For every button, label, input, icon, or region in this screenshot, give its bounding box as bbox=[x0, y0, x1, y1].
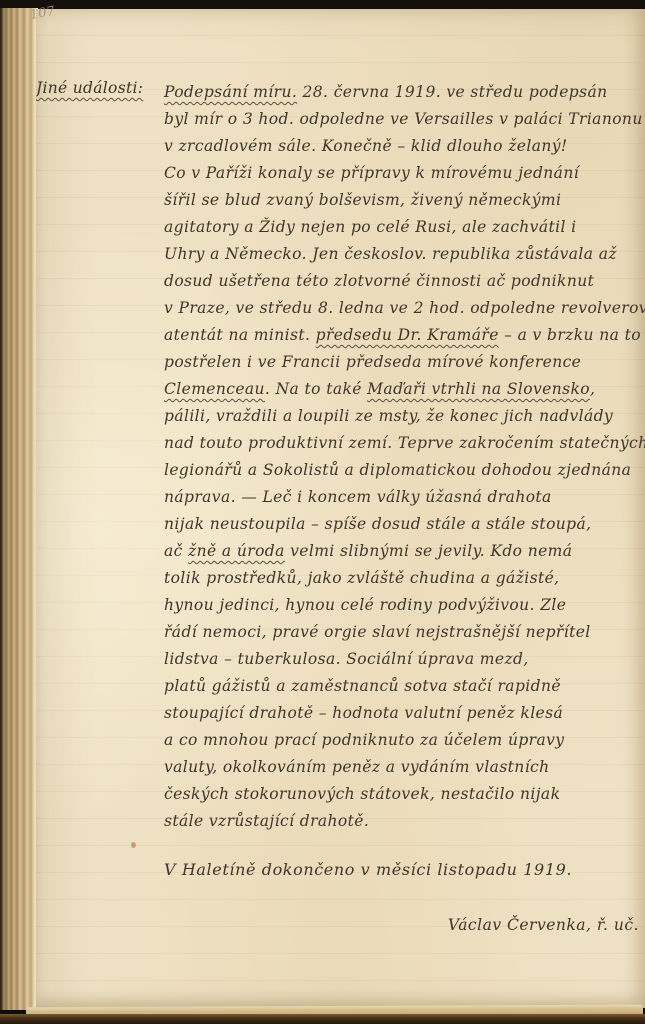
handwritten-line: Uhry a Německo. Jen českoslov. republika… bbox=[164, 241, 645, 268]
handwritten-line: dosud ušetřena této zlotvorné činnosti a… bbox=[164, 268, 645, 295]
handwritten-line: Clemenceau. Na to také Maďaři vtrhli na … bbox=[164, 376, 645, 403]
underlined-phrase: Podepsání míru. bbox=[164, 83, 297, 101]
handwritten-line: pálili, vraždili a loupili ze msty, že k… bbox=[164, 403, 645, 430]
handwritten-line: stoupající drahotě – hodnota valutní pen… bbox=[164, 700, 645, 727]
book-page-scan: Jiné události: Podepsání míru. 28. červn… bbox=[0, 0, 645, 1024]
book-binding-page-edges bbox=[0, 8, 38, 1010]
handwritten-line: nijak neustoupila – spíše dosud stále a … bbox=[164, 511, 645, 538]
handwritten-line: v zrcadlovém sále. Konečně – klid dlouho… bbox=[164, 133, 645, 160]
chronicle-page: Jiné události: Podepsání míru. 28. červn… bbox=[36, 9, 645, 1008]
handwritten-line: valuty, okolkováním peněz a vydáním vlas… bbox=[164, 754, 645, 781]
book-cover-bottom bbox=[0, 1014, 645, 1024]
handwritten-line: atentát na minist. předsedu Dr. Kramáře … bbox=[164, 322, 645, 349]
signature: Václav Červenka, ř. uč. bbox=[448, 916, 639, 934]
handwritten-line: legionářů a Sokolistů a diplomatickou do… bbox=[164, 457, 645, 484]
underlined-phrase: Maďaři vtrhli na Slovensko bbox=[367, 380, 590, 398]
handwritten-line: agitatory a Židy nejen po celé Rusi, ale… bbox=[164, 214, 645, 241]
handwritten-line: lidstva – tuberkulosa. Sociální úprava m… bbox=[164, 646, 645, 673]
closing-line: V Haletíně dokončeno v měsíci listopadu … bbox=[164, 860, 572, 879]
handwritten-line: postřelen i ve Francii předseda mírové k… bbox=[164, 349, 645, 376]
handwritten-line: v Praze, ve středu 8. ledna ve 2 hod. od… bbox=[164, 295, 645, 322]
handwritten-line: ač žně a úroda velmi slibnými se jevily.… bbox=[164, 538, 645, 565]
handwritten-line: hynou jedinci, hynou celé rodiny podvýži… bbox=[164, 592, 645, 619]
chronicle-body-text: Podepsání míru. 28. června 1919. ve stře… bbox=[164, 79, 645, 835]
handwritten-line: tolik prostředků, jako zvláště chudina a… bbox=[164, 565, 645, 592]
handwritten-line: Podepsání míru. 28. června 1919. ve stře… bbox=[164, 79, 645, 106]
margin-heading: Jiné události: bbox=[36, 79, 166, 97]
underlined-phrase: Clemenceau bbox=[164, 380, 265, 398]
handwritten-line: šířil se blud zvaný bolševism, živený ně… bbox=[164, 187, 645, 214]
handwritten-line: řádí nemoci, pravé orgie slaví nejstrašn… bbox=[164, 619, 645, 646]
stain-speck bbox=[131, 842, 136, 848]
underlined-phrase: žně a úroda bbox=[188, 542, 285, 560]
handwritten-line: a co mnohou prací podniknuto za účelem ú… bbox=[164, 727, 645, 754]
underlined-phrase: předsedu Dr. Kramáře bbox=[316, 326, 499, 344]
handwritten-line: českých stokorunových státovek, nestačil… bbox=[164, 781, 645, 808]
book-cover-top-edge bbox=[0, 0, 645, 9]
handwritten-line: stále vzrůstající drahotě. bbox=[164, 808, 645, 835]
handwritten-line: Co v Paříži konaly se přípravy k mírovém… bbox=[164, 160, 645, 187]
handwritten-line: náprava. — Leč i koncem války úžasná dra… bbox=[164, 484, 645, 511]
handwritten-line: nad touto produktivní zemí. Teprve zakro… bbox=[164, 430, 645, 457]
handwritten-line: byl mír o 3 hod. odpoledne ve Versailles… bbox=[164, 106, 645, 133]
handwritten-line: platů gážistů a zaměstnanců sotva stačí … bbox=[164, 673, 645, 700]
